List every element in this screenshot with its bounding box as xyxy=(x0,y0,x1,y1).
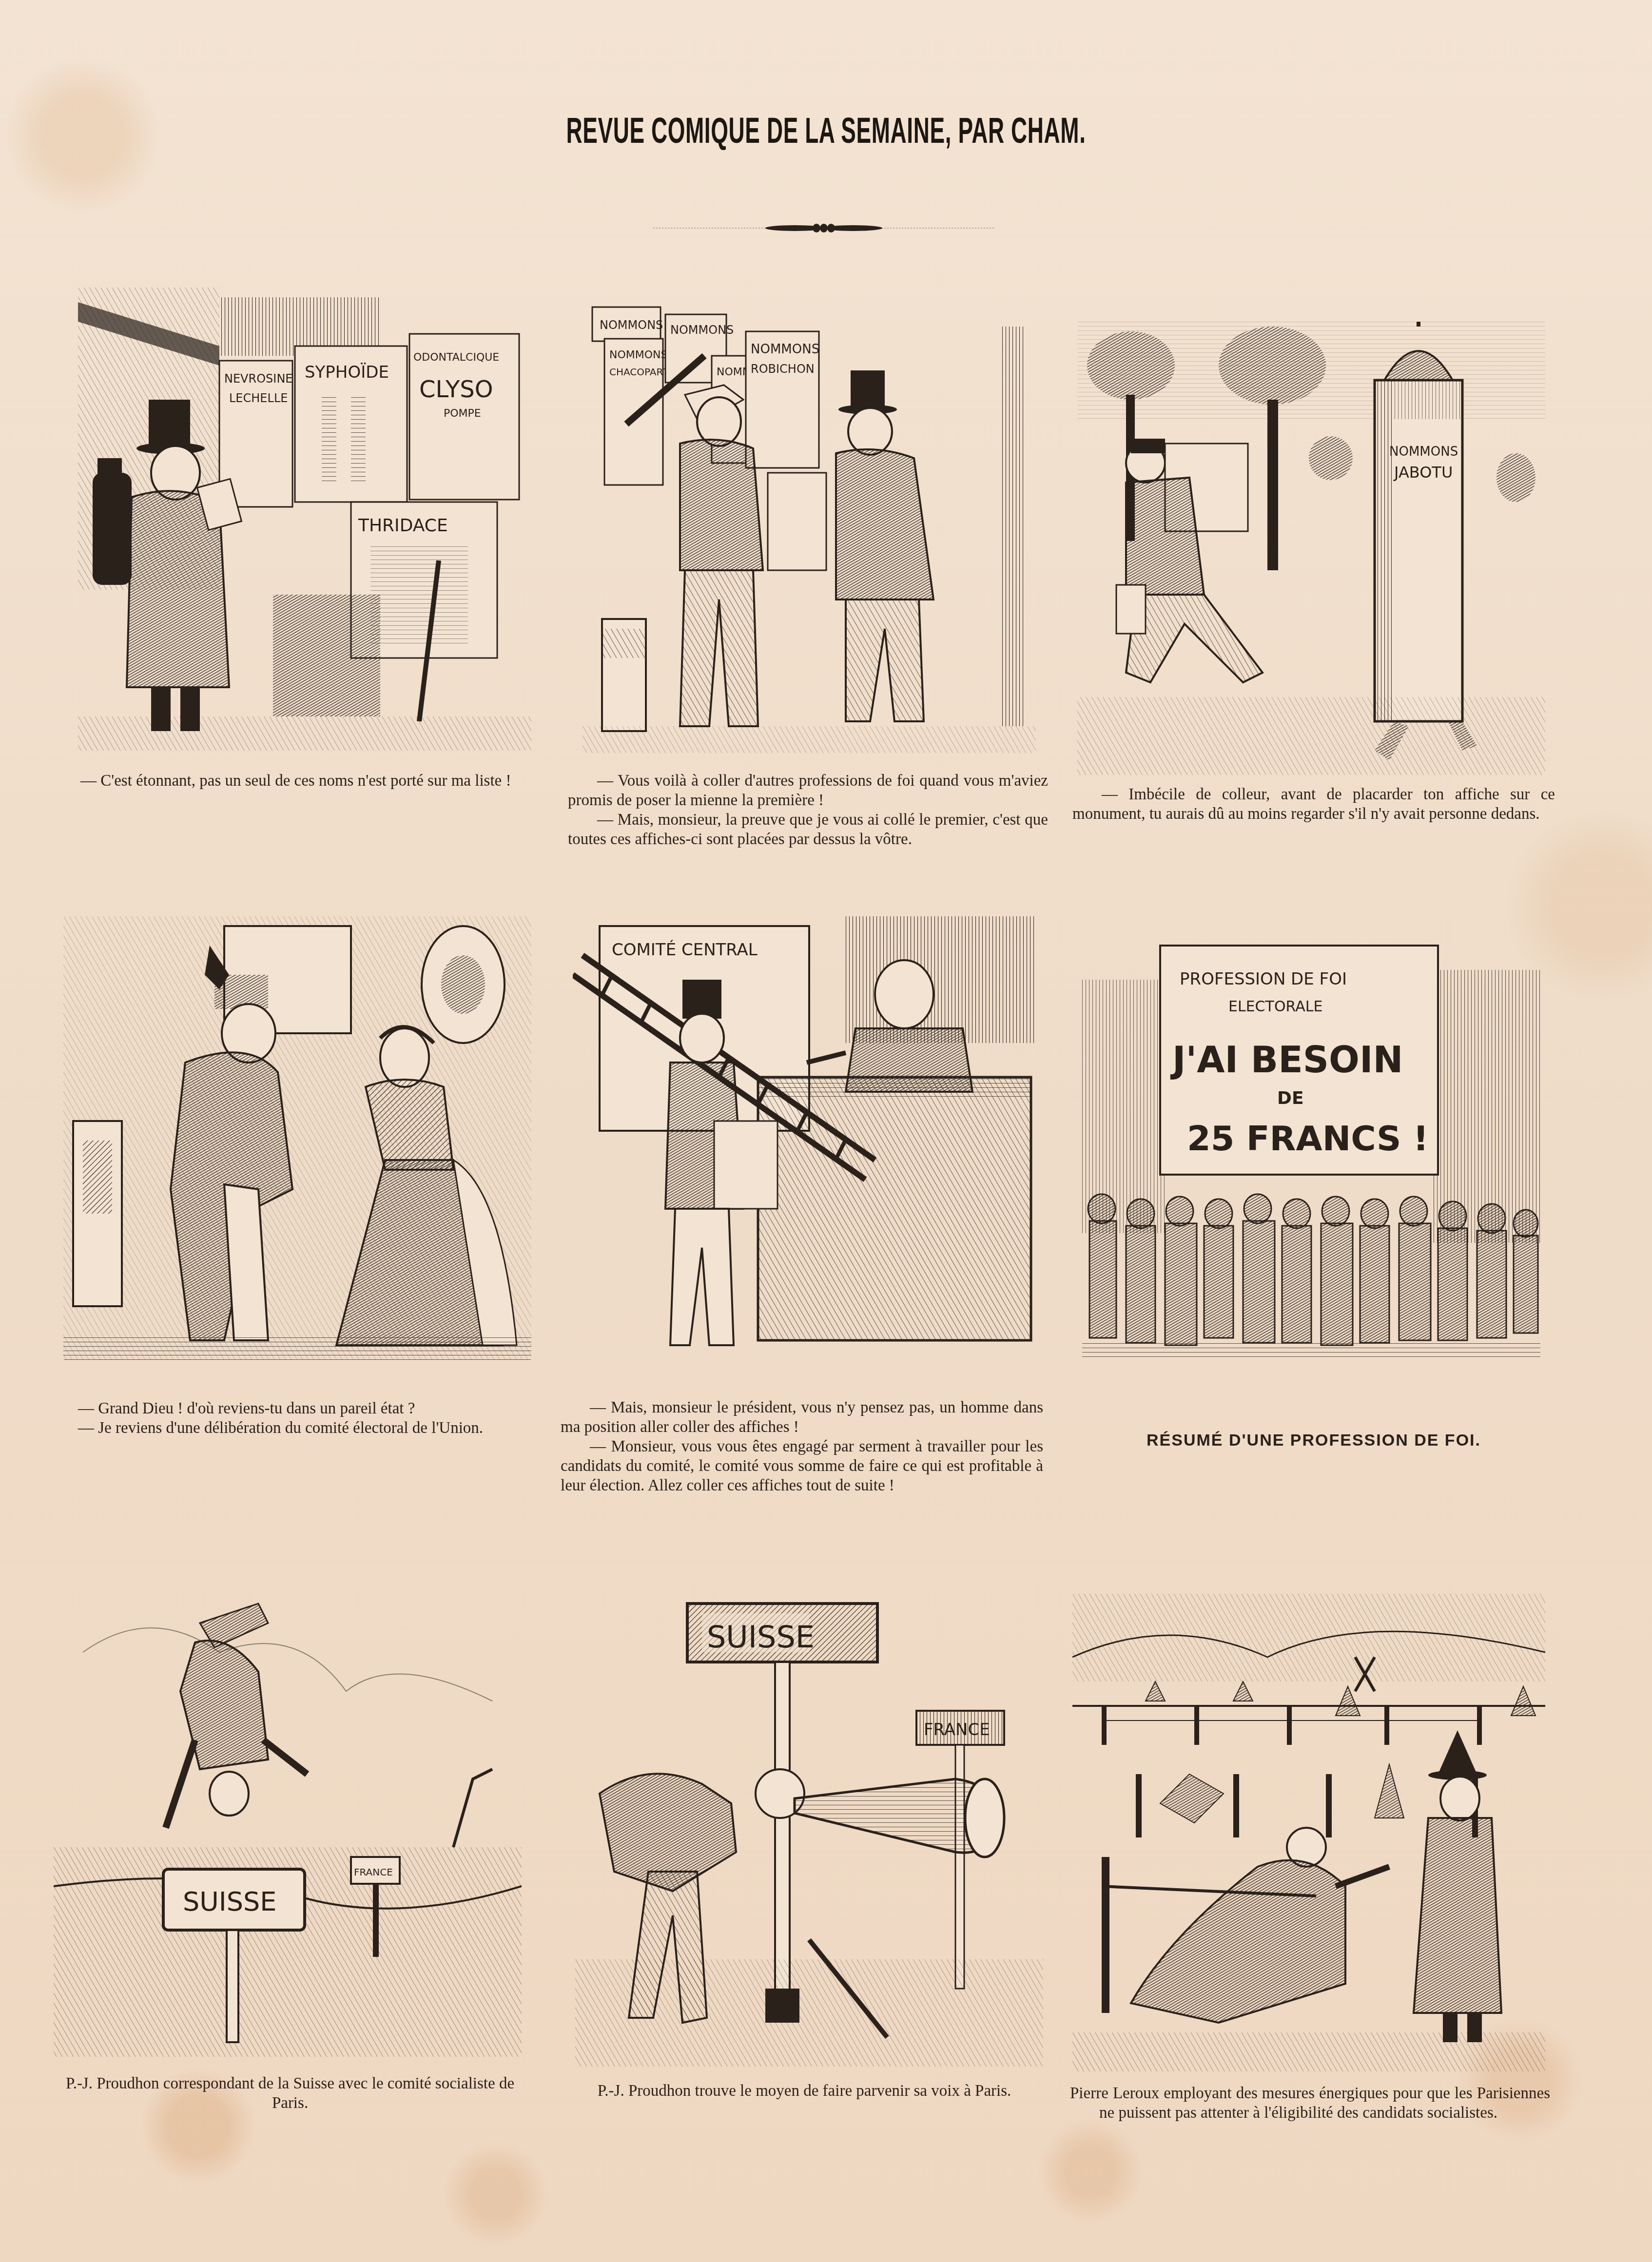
svg-text:CHACOPART: CHACOPART xyxy=(609,366,669,378)
panel-1-caption: — C'est étonnant, pas un seul de ces nom… xyxy=(51,771,541,791)
panel-8-caption: P.-J. Proudhon trouve le moyen de faire … xyxy=(575,2081,1033,2101)
caption-line: — Monsieur, vous vous êtes engagé par se… xyxy=(561,1437,1043,1495)
svg-text:POMPE: POMPE xyxy=(444,407,481,420)
panel-5-caption: — Mais, monsieur le président, vous n'y … xyxy=(561,1398,1043,1495)
panel-4-caption: — Grand Dieu ! d'où reviens-tu dans un p… xyxy=(49,1399,541,1438)
caption-line: — Vous voilà à coller d'autres professio… xyxy=(568,771,1048,810)
caption-line: — Grand Dieu ! d'où reviens-tu dans un p… xyxy=(49,1399,541,1418)
panel-2-caption: — Vous voilà à coller d'autres professio… xyxy=(568,771,1048,849)
panel-3-caption: — Imbécile de colleur, avant de placarde… xyxy=(1072,785,1555,824)
svg-text:COMITÉ CENTRAL: COMITÉ CENTRAL xyxy=(612,940,758,960)
panel-9-illustration xyxy=(1072,1594,1545,2071)
caption-line: — Mais, monsieur le président, vous n'y … xyxy=(561,1398,1043,1437)
svg-text:DE: DE xyxy=(1277,1088,1303,1108)
svg-text:LECHELLE: LECHELLE xyxy=(229,391,288,405)
caption-line: — C'est étonnant, pas un seul de ces nom… xyxy=(51,771,541,791)
ornament-divider xyxy=(653,222,994,234)
svg-text:CLYSO: CLYSO xyxy=(419,376,493,403)
caption-line: P.-J. Proudhon correspondant de la Suiss… xyxy=(46,2074,534,2113)
svg-text:PROFESSION DE FOI: PROFESSION DE FOI xyxy=(1180,969,1347,989)
panel-6-caption: RÉSUMÉ D'UNE PROFESSION DE FOI. xyxy=(1077,1431,1550,1450)
panel-9-caption: Pierre Leroux employant des mesures éner… xyxy=(1070,2084,1550,2123)
svg-text:ROBICHON: ROBICHON xyxy=(751,362,815,376)
panel-8-illustration: SUISSE FRANCE xyxy=(575,1599,1043,2067)
svg-text:SYPHOÏDE: SYPHOÏDE xyxy=(305,363,389,382)
panel-3-illustration: NOMMONS JABOTU xyxy=(1077,322,1545,775)
svg-text:ODONTALCIQUE: ODONTALCIQUE xyxy=(413,351,499,364)
svg-text:NOMMONS: NOMMONS xyxy=(609,349,667,361)
svg-text:NOMMONS: NOMMONS xyxy=(1389,445,1458,459)
svg-text:SUISSE: SUISSE xyxy=(707,1619,815,1655)
page-title: REVUE COMIQUE DE LA SEMAINE, PAR CHAM. xyxy=(314,110,1338,151)
svg-text:SUISSE: SUISSE xyxy=(183,1886,276,1917)
caption-line: — Imbécile de colleur, avant de placarde… xyxy=(1072,785,1555,824)
svg-text:FRANCE: FRANCE xyxy=(354,1866,393,1878)
svg-text:NOMMONS: NOMMONS xyxy=(670,323,734,337)
panel-4-illustration xyxy=(63,916,531,1360)
svg-text:THRIDACE: THRIDACE xyxy=(358,516,448,536)
svg-text:NOMMONS: NOMMONS xyxy=(751,342,819,357)
caption-line: — Mais, monsieur, la preuve que je vous … xyxy=(568,810,1048,849)
panel-6-illustration: PROFESSION DE FOI ELECTORALE J'AI BESOIN… xyxy=(1082,931,1540,1389)
panel-5-illustration: COMITÉ CENTRAL xyxy=(573,916,1036,1370)
svg-text:NEVROSINE: NEVROSINE xyxy=(224,372,293,386)
svg-text:J'AI BESOIN: J'AI BESOIN xyxy=(1170,1039,1403,1081)
svg-text:ELECTORALE: ELECTORALE xyxy=(1228,998,1322,1015)
caption-line: P.-J. Proudhon trouve le moyen de faire … xyxy=(575,2081,1033,2101)
panel-7-illustration: SUISSE FRANCE xyxy=(54,1594,522,2057)
svg-text:NOMMONS: NOMMONS xyxy=(600,318,663,332)
caption-line: RÉSUMÉ D'UNE PROFESSION DE FOI. xyxy=(1077,1431,1550,1450)
svg-text:25 FRANCS !: 25 FRANCS ! xyxy=(1187,1119,1429,1159)
panel-7-caption: P.-J. Proudhon correspondant de la Suiss… xyxy=(46,2074,534,2113)
svg-text:FRANCE: FRANCE xyxy=(924,1720,990,1740)
caption-line: — Je reviens d'une délibération du comit… xyxy=(49,1418,541,1438)
caption-line: Pierre Leroux employant des mesures éner… xyxy=(1070,2084,1550,2123)
panel-1-illustration: NEVROSINE LECHELLE SYPHOÏDE ODONTALCIQUE… xyxy=(78,288,531,751)
svg-text:JABOTU: JABOTU xyxy=(1393,463,1453,482)
panel-2-illustration: NOMMONS NOMMONS CHACOPART NOMMONS NOMM N… xyxy=(583,297,1036,753)
